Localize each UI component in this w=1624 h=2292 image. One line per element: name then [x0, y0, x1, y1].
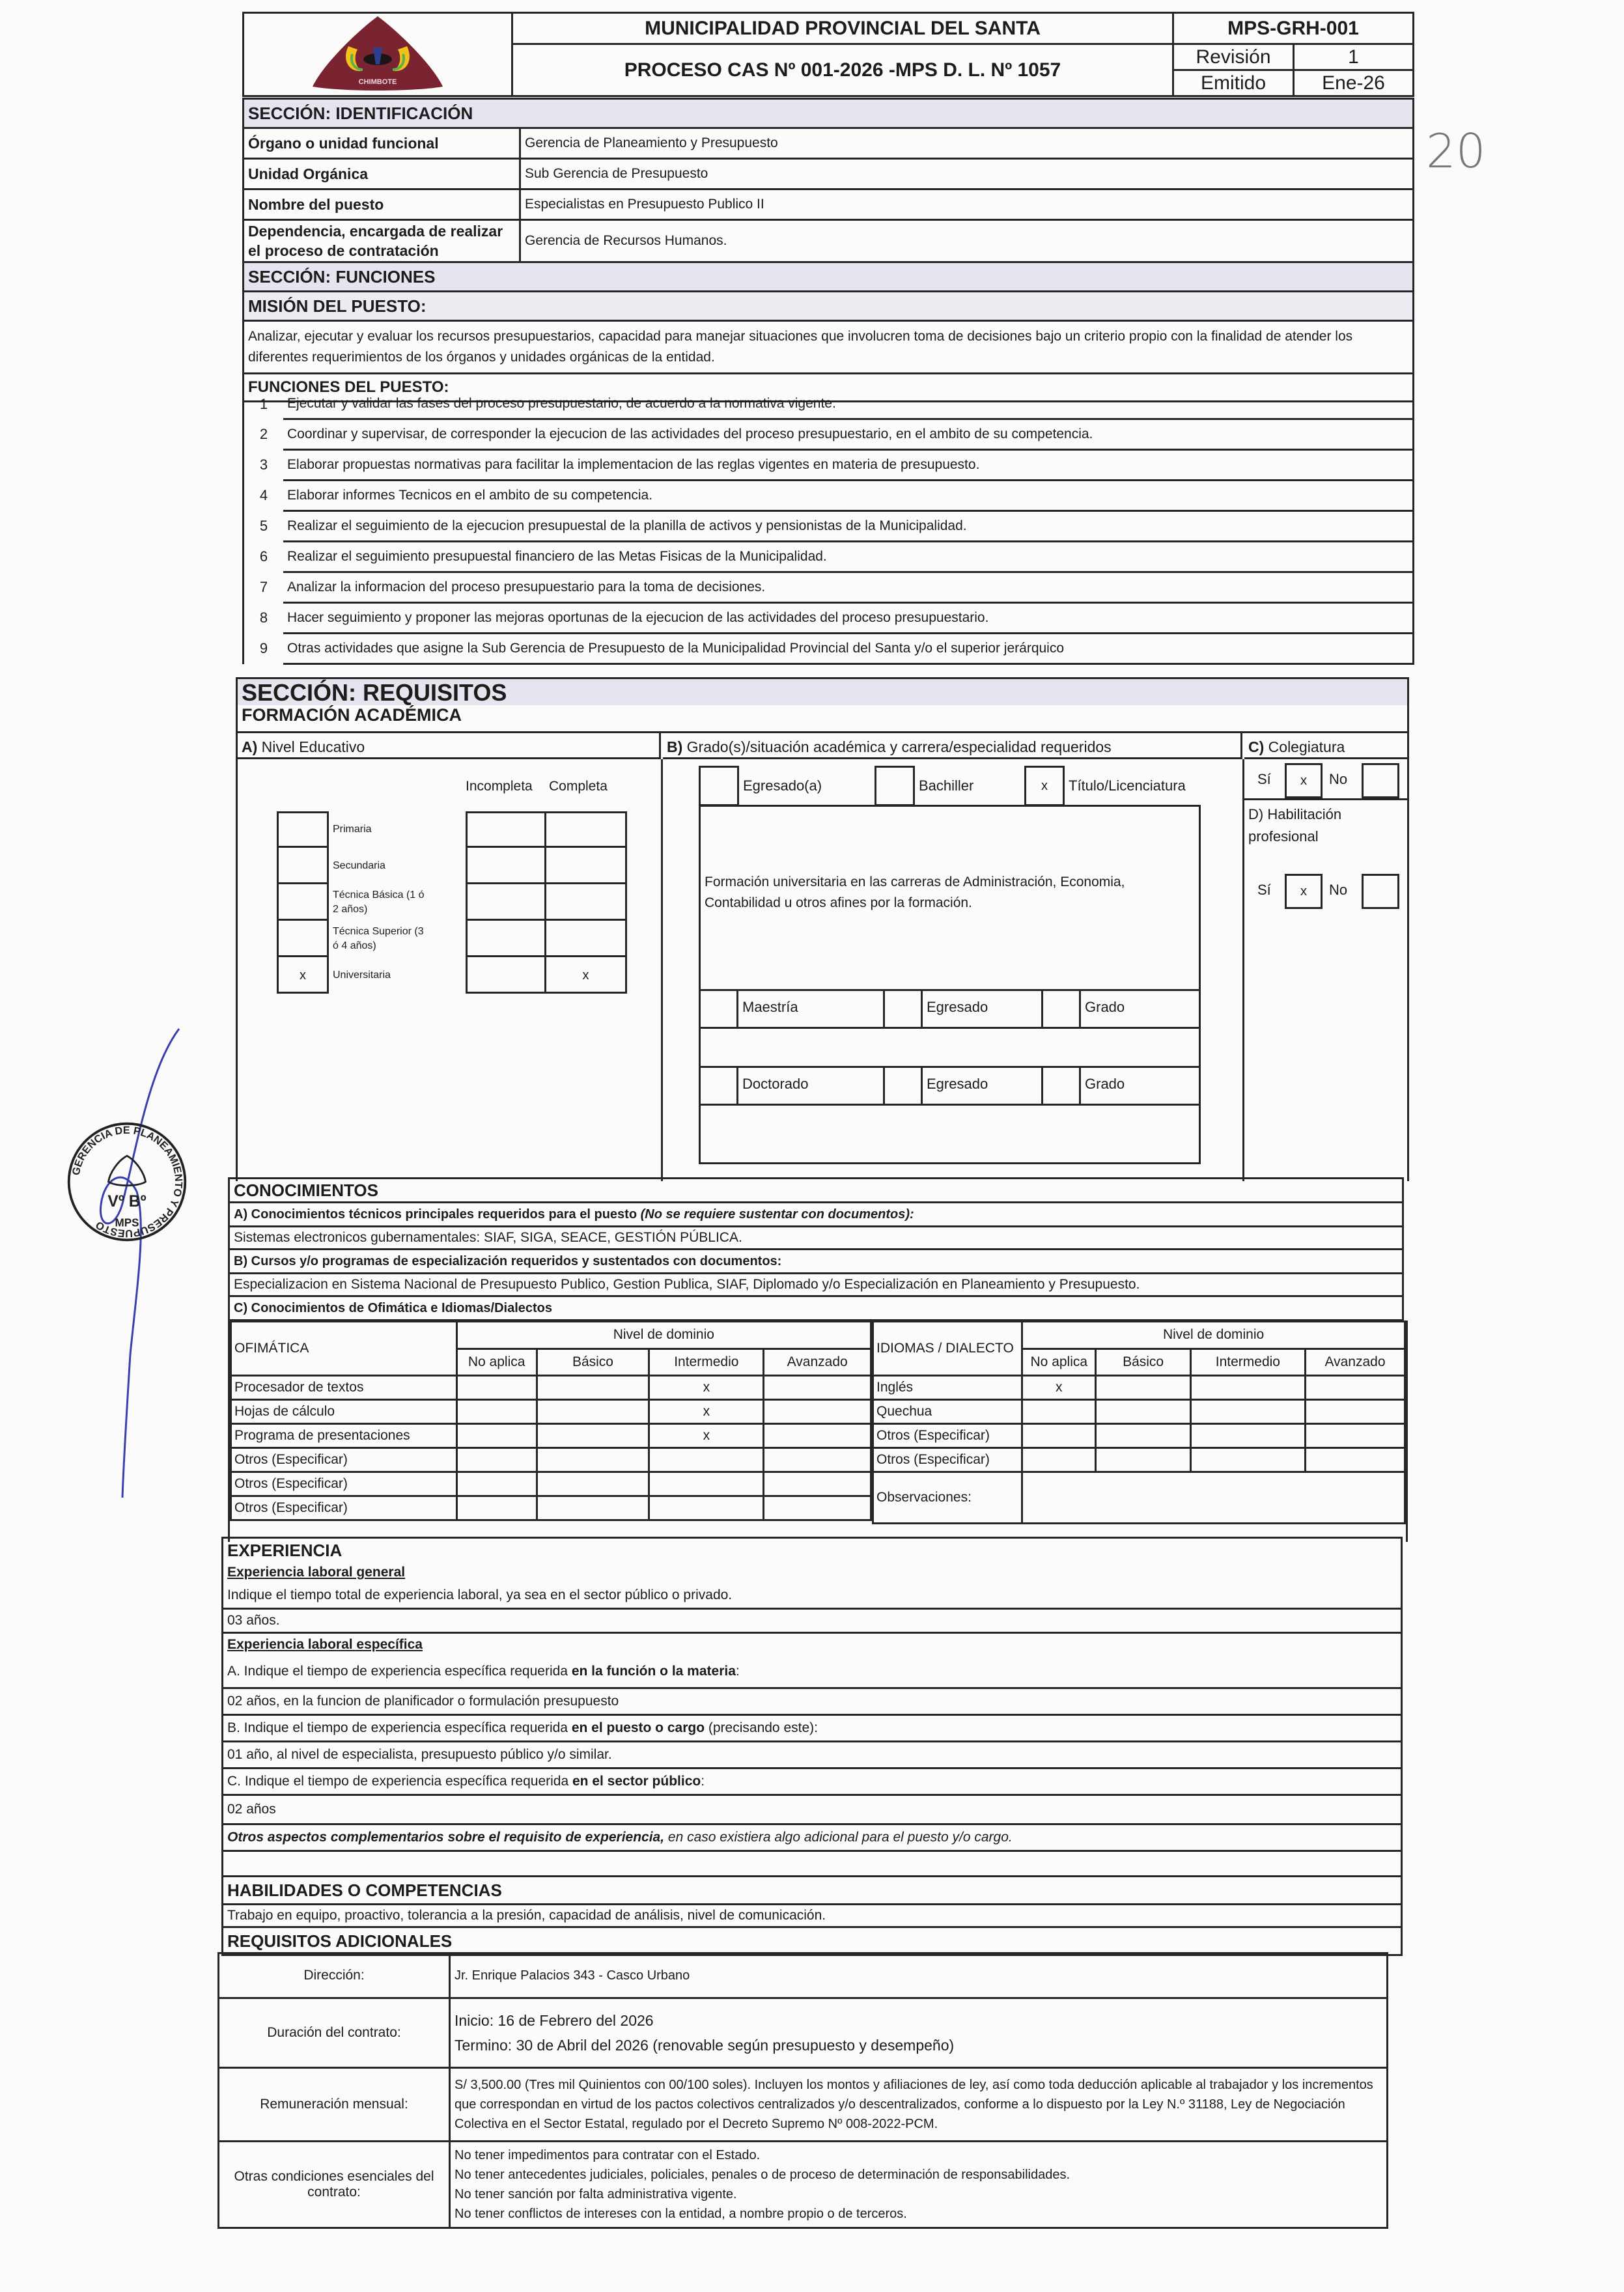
idiomas-row: Otros (Especificar)	[873, 1448, 1405, 1472]
function-item: 9 Otras actividades que asigne la Sub Ge…	[244, 634, 1414, 664]
col-incompleta: Incompleta	[466, 779, 533, 794]
experience-title: EXPERIENCIA	[223, 1538, 1402, 1563]
function-text: Ejecutar y validar las fases del proceso…	[283, 389, 1414, 419]
additional-row: Duración del contrato: Inicio: 16 de Feb…	[219, 1998, 1388, 2068]
education-level-checkbox[interactable]	[277, 848, 329, 884]
language-table: IDIOMAS / DIALECTO Nivel de dominioNo ap…	[872, 1321, 1406, 1524]
colegiatura-title: Colegiatura	[1268, 738, 1345, 755]
additional-value-line: No tener conflictos de intereses con la …	[455, 2204, 1382, 2224]
section-title-identificacion: SECCIÓN: IDENTIFICACIÓN	[244, 99, 1414, 128]
knowledge-section: CONOCIMIENTOS A) Conocimientos técnicos …	[228, 1177, 1404, 1321]
education-status-row	[466, 811, 627, 848]
education-level-label: Secundaria	[333, 859, 430, 873]
function-number: 5	[244, 511, 284, 542]
svg-text:Vº Bº: Vº Bº	[107, 1193, 146, 1210]
skills-tables: OFIMÁTICA Nivel de dominioNo aplicaBásic…	[228, 1321, 1408, 1542]
ofimatica-mark-cell[interactable]: x	[649, 1424, 764, 1448]
ofimatica-mark-cell[interactable]	[537, 1472, 649, 1496]
education-status-row: x	[466, 957, 627, 994]
general-exp-title-text: Experiencia laboral general	[227, 1565, 405, 1580]
identification-section: SECCIÓN: IDENTIFICACIÓN Órgano o unidad …	[242, 98, 1414, 402]
maestria-checkbox[interactable]	[701, 991, 738, 1027]
other-aspects-text: en caso existiera algo adicional para el…	[664, 1830, 1013, 1845]
degree-box: Formación universitaria en las carreras …	[699, 805, 1201, 1164]
additional-value: No tener impedimentos para contratar con…	[450, 2142, 1388, 2228]
education-status-row	[466, 848, 627, 884]
education-level-label: Universitaria	[333, 968, 430, 983]
ofimatica-mark-cell[interactable]: x	[649, 1400, 764, 1424]
incompleta-checkbox[interactable]	[466, 811, 546, 848]
function-text: Analizar la informacion del proceso pres…	[283, 572, 1414, 603]
idiomas-level-col: Intermedio	[1190, 1349, 1305, 1376]
education-status-row	[466, 921, 627, 957]
function-item: 2 Coordinar y supervisar, de corresponde…	[244, 419, 1414, 450]
knowledge-b-title: B) Cursos y/o programas de especializaci…	[229, 1250, 1403, 1274]
degree-panel: Egresado(a) Bachillerx Título/Licenciatu…	[663, 759, 1244, 1181]
specific-exp-a-value: 02 años, en la funcion de planificador o…	[223, 1688, 1402, 1715]
ofimatica-mark-cell[interactable]	[456, 1376, 537, 1400]
document-code: MPS-GRH-001	[1173, 13, 1414, 44]
idiomas-mark-cell[interactable]	[1096, 1400, 1190, 1424]
idiomas-mark-cell[interactable]	[1022, 1424, 1096, 1448]
additional-row: Remuneración mensual: S/ 3,500.00 (Tres …	[219, 2068, 1388, 2142]
ofimatica-mark-cell[interactable]	[537, 1424, 649, 1448]
idiomas-row: Inglésx	[873, 1376, 1405, 1400]
idiomas-mark-cell[interactable]	[1305, 1400, 1405, 1424]
general-exp-question: Indique el tiempo total de experiencia l…	[223, 1583, 1402, 1609]
observations-label: Observaciones:	[873, 1472, 1022, 1524]
unit-label: Unidad Orgánica	[244, 159, 520, 189]
additional-value-line: No tener impedimentos para contratar con…	[455, 2145, 1382, 2165]
idiomas-row-label: Quechua	[873, 1400, 1022, 1424]
knowledge-b-value: Especializacion en Sistema Nacional de P…	[229, 1274, 1403, 1296]
position-label: Nombre del puesto	[244, 189, 520, 220]
additional-label: Duración del contrato:	[219, 1998, 450, 2068]
process-title: PROCESO CAS Nº 001-2026 -MPS D. L. Nº 10…	[512, 44, 1173, 96]
requirements-section: SECCIÓN: REQUISITOS FORMACIÓN ACADÉMICA …	[236, 677, 1409, 1181]
education-level-label: Técnica Superior (3 ó 4 años)	[333, 925, 430, 953]
ofimatica-row-label: Otros (Especificar)	[231, 1472, 457, 1496]
mission-title: MISIÓN DEL PUESTO:	[244, 292, 1414, 321]
additional-value: S/ 3,500.00 (Tres mil Quinientos con 00/…	[450, 2068, 1388, 2142]
unit-value: Sub Gerencia de Presupuesto	[520, 159, 1414, 189]
knowledge-a-title: A) Conocimientos técnicos principales re…	[229, 1203, 1403, 1227]
ofimatica-mark-cell[interactable]	[764, 1448, 871, 1472]
section-title-funciones: SECCIÓN: FUNCIONES	[244, 262, 1414, 292]
colegiatura-panel: Sí x No D) Habilitación profesional Sí x…	[1244, 759, 1407, 1181]
idiomas-row: Quechua	[873, 1400, 1405, 1424]
function-item: 3 Elaborar propuestas normativas para fa…	[244, 450, 1414, 481]
ofimatica-row: Procesador de textosx	[231, 1376, 871, 1400]
ofimatica-row: Hojas de cálculox	[231, 1400, 871, 1424]
idiomas-mark-cell[interactable]	[1190, 1376, 1305, 1400]
additional-label: Otras condiciones esenciales del contrat…	[219, 2142, 450, 2228]
question-a-end: :	[736, 1664, 740, 1679]
colegiatura-si-label: Sí	[1257, 771, 1271, 788]
ofimatica-row-label: Otros (Especificar)	[231, 1496, 457, 1520]
degree-option-label: Egresado(a)	[743, 777, 822, 794]
revision-value: 1	[1294, 44, 1414, 70]
skills-title: HABILIDADES O COMPETENCIAS	[223, 1877, 1402, 1905]
function-number: 1	[244, 389, 284, 419]
function-text: Hacer seguimiento y proponer las mejoras…	[283, 603, 1414, 634]
function-number: 7	[244, 572, 284, 603]
idiomas-mark-cell[interactable]	[1305, 1376, 1405, 1400]
education-level-row: x Universitaria	[277, 957, 430, 994]
prefix-a: A)	[242, 738, 257, 755]
other-aspects: Otros aspectos complementarios sobre el …	[223, 1824, 1402, 1851]
additional-value-line: Jr. Enrique Palacios 343 - Casco Urbano	[455, 1966, 1382, 1985]
approval-stamp-icon: GERENCIA DE PLANEAMIENTO Y PRESUPUESTO V…	[65, 1120, 189, 1244]
doctorado-grado-checkbox[interactable]	[1043, 1068, 1081, 1104]
degree-option: x Título/Licenciatura	[1024, 766, 1186, 806]
function-text: Elaborar propuestas normativas para faci…	[283, 450, 1414, 481]
other-aspects-bold: Otros aspectos complementarios sobre el …	[227, 1830, 664, 1845]
function-text: Otras actividades que asigne la Sub Gere…	[283, 634, 1414, 664]
idiomas-mark-cell[interactable]	[1022, 1400, 1096, 1424]
function-number: 4	[244, 481, 284, 511]
ofimatica-mark-cell[interactable]	[456, 1424, 537, 1448]
degree-option-checkbox[interactable]: x	[1024, 766, 1065, 806]
ofimatica-mark-cell[interactable]	[764, 1376, 871, 1400]
functions-list: 1 Ejecutar y validar las fases del proce…	[242, 389, 1414, 665]
colegiatura-si-checkbox[interactable]: x	[1285, 763, 1323, 798]
question-b-text: B. Indique el tiempo de experiencia espe…	[227, 1720, 572, 1735]
education-level-checkbox[interactable]	[277, 921, 329, 957]
ofimatica-mark-cell[interactable]	[649, 1448, 764, 1472]
experience-section: EXPERIENCIA Experiencia laboral general …	[221, 1537, 1403, 1956]
issued-label: Emitido	[1173, 70, 1294, 96]
mission-text: Analizar, ejecutar y evaluar los recurso…	[244, 321, 1414, 374]
education-level-row: Técnica Básica (1 ó 2 años)	[277, 884, 430, 921]
ofimatica-row: Otros (Especificar)	[231, 1448, 871, 1472]
maestria-grado-label: Grado	[1081, 991, 1128, 1027]
idiomas-mark-cell[interactable]	[1190, 1400, 1305, 1424]
section-title-requisitos: SECCIÓN: REQUISITOS	[238, 677, 1407, 705]
position-value: Especialistas en Presupuesto Publico II	[520, 189, 1414, 220]
maestria-egresado-checkbox[interactable]	[885, 991, 923, 1027]
question-a-bold: en la función o la materia	[572, 1664, 736, 1679]
additional-requirements-table: Dirección: Jr. Enrique Palacios 343 - Ca…	[217, 1952, 1388, 2229]
habilitacion-no-label: No	[1329, 882, 1347, 899]
education-level-checkbox[interactable]	[277, 811, 329, 848]
idiomas-mark-cell[interactable]: x	[1022, 1376, 1096, 1400]
ofimatica-mark-cell[interactable]	[456, 1472, 537, 1496]
degree-description: Formación universitaria en las carreras …	[705, 872, 1173, 914]
idiomas-mark-cell[interactable]	[1096, 1376, 1190, 1400]
logo-cell: CHIMBOTE	[244, 13, 512, 96]
education-status-row	[466, 884, 627, 921]
question-c-bold: en el sector público	[572, 1774, 701, 1789]
other-aspects-value	[223, 1851, 1402, 1877]
additional-label: Dirección:	[219, 1953, 450, 1998]
habilitacion-si-checkbox[interactable]: x	[1285, 874, 1323, 909]
question-b-bold: en el puesto o cargo	[572, 1720, 705, 1735]
education-level-header: A) Nivel Educativo	[238, 733, 661, 759]
dependency-label: Dependencia, encargada de realizar el pr…	[244, 220, 520, 262]
function-item: 1 Ejecutar y validar las fases del proce…	[244, 389, 1414, 419]
additional-value: Inicio: 16 de Febrero del 2026Termino: 3…	[450, 1998, 1388, 2068]
knowledge-title: CONOCIMIENTOS	[229, 1179, 1403, 1203]
colegiatura-no-label: No	[1329, 771, 1347, 788]
additional-value: Jr. Enrique Palacios 343 - Casco Urbano	[450, 1953, 1388, 1998]
degree-title: Grado(s)/situación académica y carrera/e…	[687, 738, 1112, 755]
colegiatura-no-checkbox[interactable]	[1362, 763, 1399, 798]
ofimatica-mark-cell[interactable]	[456, 1496, 537, 1520]
organ-value: Gerencia de Planeamiento y Presupuesto	[520, 128, 1414, 159]
idiomas-row-label: Otros (Especificar)	[873, 1424, 1022, 1448]
ofimatica-mark-cell[interactable]	[537, 1496, 649, 1520]
ofimatica-mark-cell[interactable]	[649, 1472, 764, 1496]
document-header: CHIMBOTE MUNICIPALIDAD PROVINCIAL DEL SA…	[242, 12, 1414, 97]
function-number: 2	[244, 419, 284, 450]
degree-option: Bachiller	[875, 766, 973, 806]
idiomas-level-col: Avanzado	[1305, 1349, 1405, 1376]
general-exp-value: 03 años.	[223, 1609, 1402, 1633]
svg-text:MPS: MPS	[115, 1216, 139, 1229]
colegiatura-header: C) Colegiatura	[1244, 733, 1407, 759]
svg-text:CHIMBOTE: CHIMBOTE	[359, 78, 397, 86]
additional-value-line: S/ 3,500.00 (Tres mil Quinientos con 00/…	[455, 2075, 1382, 2134]
col-completa: Completa	[549, 779, 608, 794]
additional-title: REQUISITOS ADICIONALES	[223, 1927, 1402, 1955]
signature-icon	[39, 1016, 234, 1511]
ofimatica-level-header: Nivel de dominio	[456, 1322, 871, 1349]
dependency-value: Gerencia de Recursos Humanos.	[520, 220, 1414, 262]
idiomas-mark-cell[interactable]	[1305, 1424, 1405, 1448]
function-number: 8	[244, 603, 284, 634]
additional-label: Remuneración mensual:	[219, 2068, 450, 2142]
specific-exp-c-question: C. Indique el tiempo de experiencia espe…	[223, 1768, 1402, 1795]
ofimatica-row-label: Hojas de cálculo	[231, 1400, 457, 1424]
question-a-text: A. Indique el tiempo de experiencia espe…	[227, 1664, 572, 1679]
idiomas-mark-cell[interactable]	[1022, 1448, 1096, 1472]
knowledge-a-value: Sistemas electronicos gubernamentales: S…	[229, 1227, 1403, 1250]
ofimatica-row-label: Programa de presentaciones	[231, 1424, 457, 1448]
question-b-end: (precisando este):	[705, 1720, 818, 1735]
degree-option-checkbox[interactable]	[875, 766, 915, 806]
general-exp-title: Experiencia laboral general	[223, 1562, 1402, 1583]
function-item: 7 Analizar la informacion del proceso pr…	[244, 572, 1414, 603]
knowledge-a-note: (No se requiere sustentar con documentos…	[641, 1207, 914, 1222]
idiomas-level-header: Nivel de dominio	[1022, 1322, 1405, 1349]
ofimatica-mark-cell[interactable]	[537, 1376, 649, 1400]
incompleta-checkbox[interactable]	[466, 921, 546, 957]
idiomas-level-col: Básico	[1096, 1349, 1190, 1376]
document-page: CHIMBOTE MUNICIPALIDAD PROVINCIAL DEL SA…	[0, 0, 1624, 2292]
specific-exp-c-value: 02 años	[223, 1795, 1402, 1824]
function-text: Elaborar informes Tecnicos en el ambito …	[283, 481, 1414, 511]
idiomas-mark-cell[interactable]	[1096, 1448, 1190, 1472]
education-level-checkbox[interactable]	[277, 884, 329, 921]
degree-option-checkbox[interactable]	[699, 766, 739, 806]
degree-option-label: Bachiller	[919, 777, 973, 794]
function-item: 6 Realizar el seguimiento presupuestal f…	[244, 542, 1414, 572]
education-level-row: Primaria	[277, 811, 430, 848]
doctorado-label: Doctorado	[738, 1068, 885, 1104]
additional-value-line: Inicio: 16 de Febrero del 2026	[455, 2008, 1382, 2033]
maestria-grado-checkbox[interactable]	[1043, 991, 1081, 1027]
ofimatica-row-label: Otros (Especificar)	[231, 1448, 457, 1472]
office-table: OFIMÁTICA Nivel de dominioNo aplicaBásic…	[230, 1321, 872, 1521]
idiomas-row: Otros (Especificar)	[873, 1424, 1405, 1448]
doctorado-grado-label: Grado	[1081, 1068, 1128, 1104]
idiomas-row-label: Otros (Especificar)	[873, 1448, 1022, 1472]
degree-header: B) Grado(s)/situación académica y carrer…	[663, 733, 1242, 759]
ofimatica-mark-cell[interactable]	[456, 1400, 537, 1424]
academic-title: FORMACIÓN ACADÉMICA	[238, 705, 1407, 733]
function-text: Coordinar y supervisar, de corresponder …	[283, 419, 1414, 450]
doctorado-checkbox[interactable]	[701, 1068, 738, 1104]
ofimatica-mark-cell[interactable]	[764, 1496, 871, 1520]
ofimatica-row: Otros (Especificar)	[231, 1472, 871, 1496]
prefix-b: B)	[667, 738, 682, 755]
habilitacion-si-label: Sí	[1257, 882, 1271, 899]
issued-value: Ene-26	[1294, 70, 1414, 96]
incompleta-checkbox[interactable]	[466, 957, 546, 994]
maestria-egresado-label: Egresado	[923, 991, 1043, 1027]
degree-option-label: Título/Licenciatura	[1069, 777, 1186, 794]
specific-exp-title-text: Experiencia laboral específica	[227, 1637, 423, 1652]
idiomas-header: IDIOMAS / DIALECTO	[873, 1322, 1022, 1376]
function-item: 5 Realizar el seguimiento de la ejecucio…	[244, 511, 1414, 542]
ofimatica-mark-cell[interactable]	[764, 1400, 871, 1424]
specific-exp-a-question: A. Indique el tiempo de experiencia espe…	[223, 1656, 1402, 1688]
function-item: 4 Elaborar informes Tecnicos en el ambit…	[244, 481, 1414, 511]
idiomas-mark-cell[interactable]	[1305, 1448, 1405, 1472]
organ-label: Órgano o unidad funcional	[244, 128, 520, 159]
completa-checkbox[interactable]	[546, 811, 627, 848]
specific-exp-title: Experiencia laboral específica	[223, 1633, 1402, 1656]
doctorado-egresado-checkbox[interactable]	[885, 1068, 923, 1104]
education-level-row: Técnica Superior (3 ó 4 años)	[277, 921, 430, 957]
ofimatica-mark-cell[interactable]	[537, 1448, 649, 1472]
municipal-logo-icon: CHIMBOTE	[309, 14, 446, 92]
doctorado-row: Doctorado Egresado Grado	[701, 1066, 1199, 1106]
idiomas-mark-cell[interactable]	[1190, 1424, 1305, 1448]
question-c-text: C. Indique el tiempo de experiencia espe…	[227, 1774, 572, 1789]
education-level-panel: Incompleta Completa Primaria Secundaria …	[238, 759, 663, 1181]
doctorado-egresado-label: Egresado	[923, 1068, 1043, 1104]
completa-checkbox[interactable]	[546, 921, 627, 957]
education-level-label: Técnica Básica (1 ó 2 años)	[333, 888, 430, 917]
ofimatica-mark-cell[interactable]	[649, 1496, 764, 1520]
ofimatica-level-col: Básico	[537, 1349, 649, 1376]
function-text: Realizar el seguimiento de la ejecucion …	[283, 511, 1414, 542]
ofimatica-row: Otros (Especificar)	[231, 1496, 871, 1520]
skills-value: Trabajo en equipo, proactivo, tolerancia…	[223, 1905, 1402, 1927]
observations-field[interactable]	[1022, 1472, 1405, 1524]
idiomas-mark-cell[interactable]	[1190, 1448, 1305, 1472]
knowledge-a-text: A) Conocimientos técnicos principales re…	[234, 1207, 637, 1222]
maestria-row: Maestría Egresado Grado	[701, 989, 1199, 1029]
function-number: 6	[244, 542, 284, 572]
completa-checkbox[interactable]	[546, 884, 627, 921]
ofimatica-mark-cell[interactable]: x	[649, 1376, 764, 1400]
ofimatica-header: OFIMÁTICA	[231, 1322, 457, 1376]
additional-value-line: No tener sanción por falta administrativ…	[455, 2185, 1382, 2204]
completa-checkbox[interactable]	[546, 848, 627, 884]
ofimatica-level-col: Intermedio	[649, 1349, 764, 1376]
prefix-c: C)	[1248, 738, 1264, 755]
handwritten-page-number: 20	[1426, 124, 1486, 178]
maestria-label: Maestría	[738, 991, 885, 1027]
education-level-label: Primaria	[333, 822, 430, 837]
ofimatica-mark-cell[interactable]	[764, 1424, 871, 1448]
revision-label: Revisión	[1173, 44, 1294, 70]
ofimatica-level-col: Avanzado	[764, 1349, 871, 1376]
ofimatica-mark-cell[interactable]	[537, 1400, 649, 1424]
habilitacion-title: D) Habilitación profesional	[1248, 804, 1379, 848]
additional-row: Dirección: Jr. Enrique Palacios 343 - Ca…	[219, 1953, 1388, 1998]
specific-exp-b-question: B. Indique el tiempo de experiencia espe…	[223, 1715, 1402, 1742]
function-item: 8 Hacer seguimiento y proponer las mejor…	[244, 603, 1414, 634]
idiomas-level-col: No aplica	[1022, 1349, 1096, 1376]
idiomas-mark-cell[interactable]	[1096, 1424, 1190, 1448]
habilitacion-no-checkbox[interactable]	[1362, 874, 1399, 909]
additional-value-line: No tener antecedentes judiciales, polici…	[455, 2165, 1382, 2185]
ofimatica-mark-cell[interactable]	[456, 1448, 537, 1472]
education-level-row: Secundaria	[277, 848, 430, 884]
additional-row: Otras condiciones esenciales del contrat…	[219, 2142, 1388, 2228]
function-number: 3	[244, 450, 284, 481]
ofimatica-row: Programa de presentacionesx	[231, 1424, 871, 1448]
function-text: Realizar el seguimiento presupuestal fin…	[283, 542, 1414, 572]
ofimatica-row-label: Procesador de textos	[231, 1376, 457, 1400]
question-c-end: :	[701, 1774, 705, 1789]
incompleta-checkbox[interactable]	[466, 848, 546, 884]
ofimatica-mark-cell[interactable]	[764, 1472, 871, 1496]
additional-value-line: Termino: 30 de Abril del 2026 (renovable…	[455, 2033, 1382, 2058]
education-level-title: Nivel Educativo	[262, 738, 365, 755]
function-number: 9	[244, 634, 284, 664]
idiomas-row-label: Inglés	[873, 1376, 1022, 1400]
degree-option: Egresado(a)	[699, 766, 822, 806]
education-level-checkbox[interactable]: x	[277, 957, 329, 994]
knowledge-c-title: C) Conocimientos de Ofimática e Idiomas/…	[229, 1296, 1403, 1321]
specific-exp-b-value: 01 año, al nivel de especialista, presup…	[223, 1742, 1402, 1768]
completa-checkbox[interactable]: x	[546, 957, 627, 994]
ofimatica-level-col: No aplica	[456, 1349, 537, 1376]
institution-name: MUNICIPALIDAD PROVINCIAL DEL SANTA	[512, 13, 1173, 44]
incompleta-checkbox[interactable]	[466, 884, 546, 921]
colegiatura-options: Sí x No	[1244, 759, 1407, 800]
